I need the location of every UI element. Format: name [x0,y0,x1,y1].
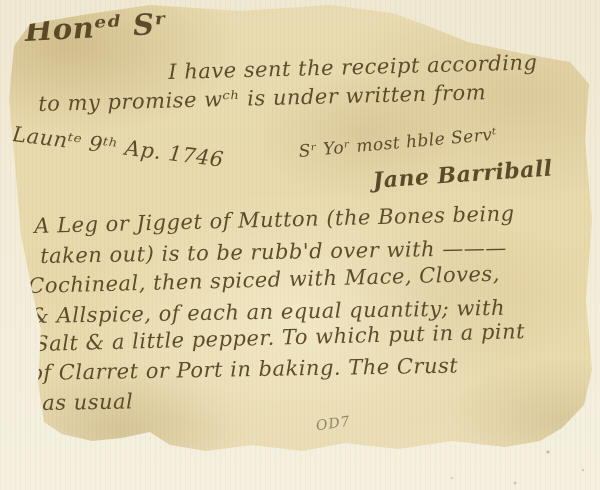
recipe-line-7: as usual [42,389,133,415]
body-line-2: to my promise wᶜʰ is under written from [38,80,486,116]
body-line-1: I have sent the receipt according [168,50,538,84]
manuscript-paper: Honᵉᵈ Sʳ I have sent the receipt accordi… [0,0,600,490]
signature: Jane Barriball [372,155,553,193]
manuscript-scan: Honᵉᵈ Sʳ I have sent the receipt accordi… [0,0,600,490]
dateline: Launᵗᵉ 9ᵗʰ Ap. 1746 [11,122,225,172]
recipe-line-1: A Leg or Jigget of Mutton (the Bones bei… [34,201,515,238]
pencil-annotation: OD7 [315,414,351,435]
recipe-line-3: Cochineal, then spiced with Mace, Cloves… [28,262,500,298]
recipe-line-6: of Clarret or Port in baking. The Crust [30,354,458,385]
closing-line: Sʳ Yoʳ most hble Servᵗ [298,125,498,162]
